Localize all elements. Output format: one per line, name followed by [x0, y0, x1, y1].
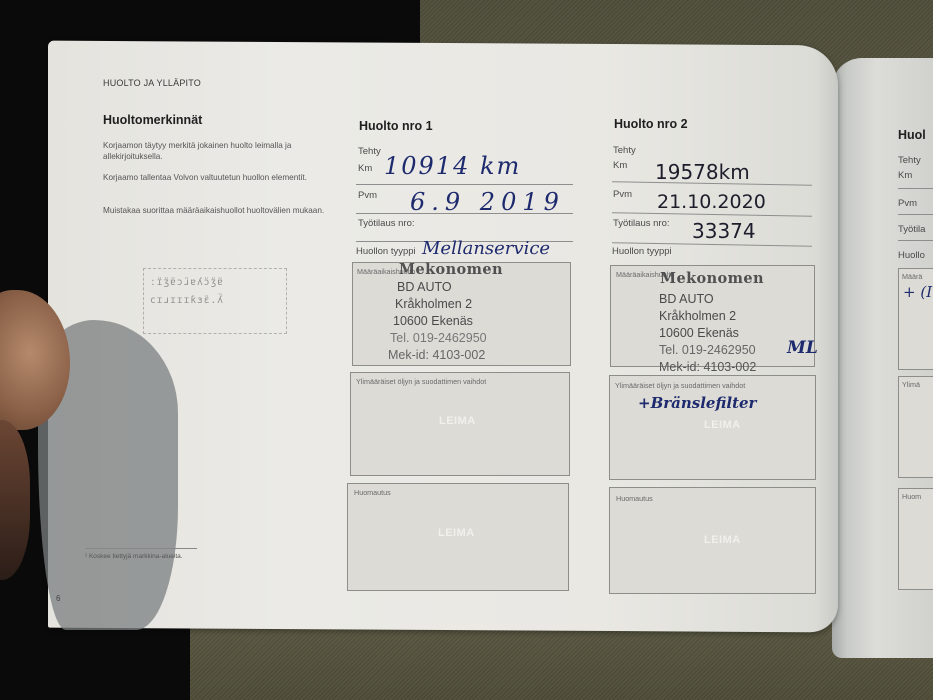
service-1-note-label: Huomautus: [354, 488, 391, 497]
service-3-pvm-label: Pvm: [898, 198, 917, 209]
service-2-oil-filter-note[interactable]: +Bränslefilter: [638, 394, 756, 412]
service-3-handwriting: + (I: [903, 283, 932, 301]
service-2-oil-filter-label: Ylimääräiset öljyn ja suodattimen vaihdo…: [615, 381, 745, 390]
service-3-tyotilaus-label: Työtila: [898, 224, 925, 235]
service-2-tyotilaus-label: Työtilaus nro:: [613, 218, 670, 229]
service-3-oil-box: Ylimä: [898, 376, 933, 478]
footnote: ¹ Koskee tiettyjä markkina-alueita.: [85, 553, 183, 560]
service-1-oil-filter-box[interactable]: Ylimääräiset öljyn ja suodattimen vaihdo…: [350, 372, 570, 476]
service-2-note-label: Huomautus: [616, 494, 653, 503]
service-1-km-value[interactable]: 10914 km: [384, 152, 521, 180]
service-1-oil-filter-label: Ylimääräiset öljyn ja suodattimen vaihdo…: [356, 377, 486, 386]
page-number: 6: [56, 594, 60, 603]
service-2-title: Huolto nro 2: [614, 117, 688, 131]
service-2-oil-leima: LEIMA: [704, 419, 741, 431]
service-1-maaraaika-box[interactable]: Määräaikaishuolto Mekonomen BD AUTO Kråk…: [352, 262, 571, 366]
intro-paragraph-2: Korjaamo tallentaa Volvon valtuutetun hu…: [103, 172, 318, 183]
service-1-tyotilaus-label: Työtilaus nro:: [358, 218, 415, 229]
hand: [0, 420, 30, 580]
service-1-note-leima: LEIMA: [438, 527, 475, 539]
service-2-work-order-value[interactable]: 33374: [692, 219, 756, 243]
service-1-service-type-value[interactable]: Mellanservice: [422, 238, 550, 259]
faded-stamp-imprint: ːɪ̈ʒ̈ɐ̈ɔɹ̈ɐʎɔ̈ʒ̈ɐ̈ cɪɹɪɪɪƙɜɛ̈.ʎ̈: [143, 268, 287, 334]
service-1-pvm-label: Pvm: [358, 190, 377, 201]
service-3-note-box: Huom: [898, 488, 933, 590]
service-1-tehty-label: Tehty: [358, 146, 381, 157]
service-2-tyyppi-label: Huollon tyyppi: [612, 246, 672, 257]
service-3-tehty-label: Tehty: [898, 155, 921, 166]
service-2-oil-filter-box[interactable]: Ylimääräiset öljyn ja suodattimen vaihdo…: [609, 375, 816, 480]
service-2-pvm-label: Pvm: [613, 189, 632, 200]
service-3-title: Huol: [898, 128, 926, 142]
service-1-note-box[interactable]: Huomautus LEIMA: [347, 483, 569, 591]
service-1-title: Huolto nro 1: [359, 119, 433, 133]
service-2-maaraaika-box[interactable]: Määräaikaishuolto Mekonomen BD AUTO Kråk…: [610, 265, 815, 367]
service-3-tyyppi-label: Huollo: [898, 250, 925, 261]
intro-paragraph-1: Korjaamon täytyy merkitä jokainen huolto…: [103, 140, 331, 162]
footnote-rule: [85, 548, 197, 549]
service-2-km-label: Km: [613, 160, 627, 171]
service-1-km-label: Km: [358, 163, 372, 174]
service-1-stamp-brand: Mekonomen: [399, 261, 503, 278]
service-3-km-label: Km: [898, 170, 912, 181]
service-3-maaraaika-box: Määrä + (I: [898, 268, 933, 370]
service-1-date-value[interactable]: 6.9 2019: [410, 188, 565, 216]
next-page: Huol Tehty Km Pvm Työtila Huollo Määrä +…: [832, 58, 933, 658]
service-2-date-value[interactable]: 21.10.2020: [657, 191, 766, 213]
intro-heading: Huoltomerkinnät: [103, 113, 202, 127]
service-1-oil-leima: LEIMA: [439, 415, 476, 427]
service-2-tehty-label: Tehty: [613, 145, 636, 156]
service-2-km-value[interactable]: 19578km: [655, 160, 750, 184]
service-2-note-box[interactable]: Huomautus LEIMA: [609, 487, 816, 594]
intro-paragraph-3: Muistakaa suorittaa määräaikaishuollot h…: [103, 205, 325, 216]
section-header: HUOLTO JA YLLÄPITO: [103, 78, 201, 88]
service-2-stamp-brand: Mekonomen: [660, 270, 764, 287]
service-2-note-leima: LEIMA: [704, 534, 741, 546]
service-2-signature: ML: [787, 338, 818, 358]
service-1-tyyppi-label: Huollon tyyppi: [356, 246, 416, 257]
